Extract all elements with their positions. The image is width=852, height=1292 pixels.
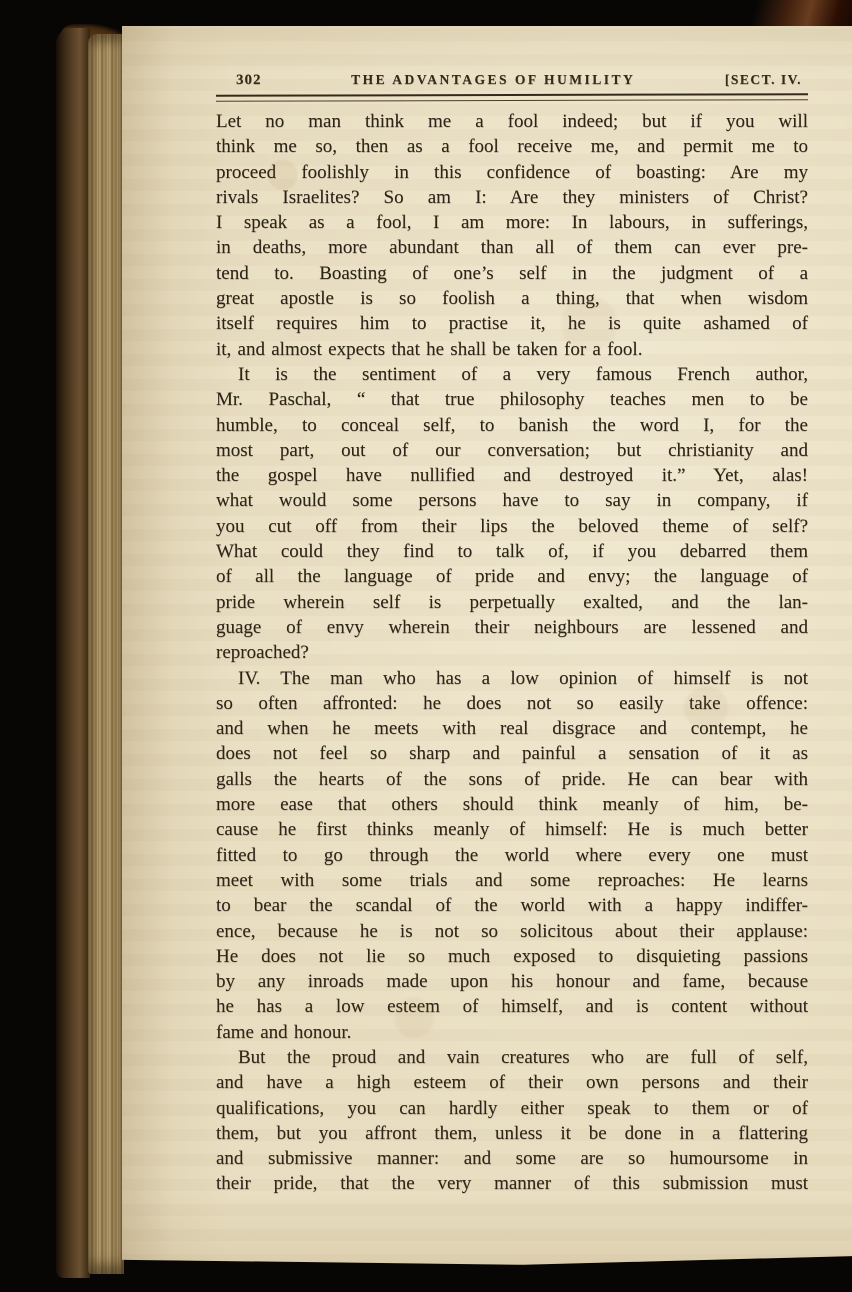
- text-line: ence, because he is not so solicitous ab…: [216, 919, 808, 944]
- text-line: fame and honour.: [216, 1020, 808, 1045]
- page-content: 302 THE ADVANTAGES OF HUMILITY [SECT. IV…: [122, 26, 852, 1266]
- text-line: fitted to go through the world where eve…: [216, 843, 808, 868]
- text-line: It is the sentiment of a very famous Fre…: [216, 362, 808, 387]
- text-line: more ease that others should think meanl…: [216, 792, 808, 817]
- text-line: reproached?: [216, 640, 808, 665]
- paragraph: Let no man think me a fool indeed; but i…: [216, 109, 808, 362]
- text-line: meet with some trials and some reproache…: [216, 868, 808, 893]
- page-fore-edge: [88, 34, 124, 1274]
- text-line: in deaths, more abundant than all of the…: [216, 235, 808, 260]
- text-block: Let no man think me a fool indeed; but i…: [216, 109, 808, 1197]
- section-label: [SECT. IV.: [725, 72, 808, 88]
- text-line: by any inroads made upon his honour and …: [216, 969, 808, 994]
- text-line: of all the language of pride and envy; t…: [216, 564, 808, 589]
- text-line: does not feel so sharp and painful a sen…: [216, 741, 808, 766]
- paragraph: IV. The man who has a low opinion of him…: [216, 666, 808, 1045]
- text-line: itself requires him to practise it, he i…: [216, 311, 808, 336]
- text-line: pride wherein self is perpetually exalte…: [216, 590, 808, 615]
- text-line: so often affronted: he does not so easil…: [216, 691, 808, 716]
- text-line: the gospel have nullified and destroyed …: [216, 463, 808, 488]
- text-line: guage of envy wherein their neighbours a…: [216, 615, 808, 640]
- book-page: 302 THE ADVANTAGES OF HUMILITY [SECT. IV…: [122, 26, 852, 1266]
- text-line: galls the hearts of the sons of pride. H…: [216, 767, 808, 792]
- book-spine: [56, 28, 90, 1278]
- text-line: proceed foolishly in this confidence of …: [216, 160, 808, 185]
- text-line: most part, out of our conversation; but …: [216, 438, 808, 463]
- text-line: qualifications, you can hardly either sp…: [216, 1096, 808, 1121]
- text-line: he has a low esteem of himself, and is c…: [216, 994, 808, 1019]
- paragraph: But the proud and vain creatures who are…: [216, 1045, 808, 1197]
- text-line: it, and almost expects that he shall be …: [216, 337, 808, 362]
- text-line: rivals Israelites? So am I: Are they min…: [216, 185, 808, 210]
- text-line: what would some persons have to say in c…: [216, 488, 808, 513]
- text-line: and have a high esteem of their own pers…: [216, 1070, 808, 1095]
- text-line: their pride, that the very manner of thi…: [216, 1171, 808, 1196]
- paragraph: It is the sentiment of a very famous Fre…: [216, 362, 808, 666]
- book-cover-corner: [702, 0, 852, 30]
- text-line: to bear the scandal of the world with a …: [216, 893, 808, 918]
- text-line: think me so, then as a fool receive me, …: [216, 134, 808, 159]
- text-line: Mr. Paschal, “ that true philosophy teac…: [216, 387, 808, 412]
- running-head: 302 THE ADVANTAGES OF HUMILITY [SECT. IV…: [216, 72, 808, 89]
- text-line: humble, to conceal self, to banish the w…: [216, 413, 808, 438]
- text-line: them, but you affront them, unless it be…: [216, 1121, 808, 1146]
- running-title: THE ADVANTAGES OF HUMILITY: [262, 72, 725, 88]
- text-line: IV. The man who has a low opinion of him…: [216, 666, 808, 691]
- text-line: He does not lie so much exposed to disqu…: [216, 944, 808, 969]
- header-rule: [216, 93, 808, 102]
- text-line: cause he first thinks meanly of himself:…: [216, 817, 808, 842]
- text-line: great apostle is so foolish a thing, tha…: [216, 286, 808, 311]
- text-line: Let no man think me a fool indeed; but i…: [216, 109, 808, 134]
- text-line: What could they find to talk of, if you …: [216, 539, 808, 564]
- text-line: I speak as a fool, I am more: In labours…: [216, 210, 808, 235]
- text-line: tend to. Boasting of one’s self in the j…: [216, 261, 808, 286]
- page-number: 302: [216, 72, 262, 89]
- text-line: and when he meets with real disgrace and…: [216, 716, 808, 741]
- text-line: But the proud and vain creatures who are…: [216, 1045, 808, 1070]
- text-line: and submissive manner: and some are so h…: [216, 1146, 808, 1171]
- text-line: you cut off from their lips the beloved …: [216, 514, 808, 539]
